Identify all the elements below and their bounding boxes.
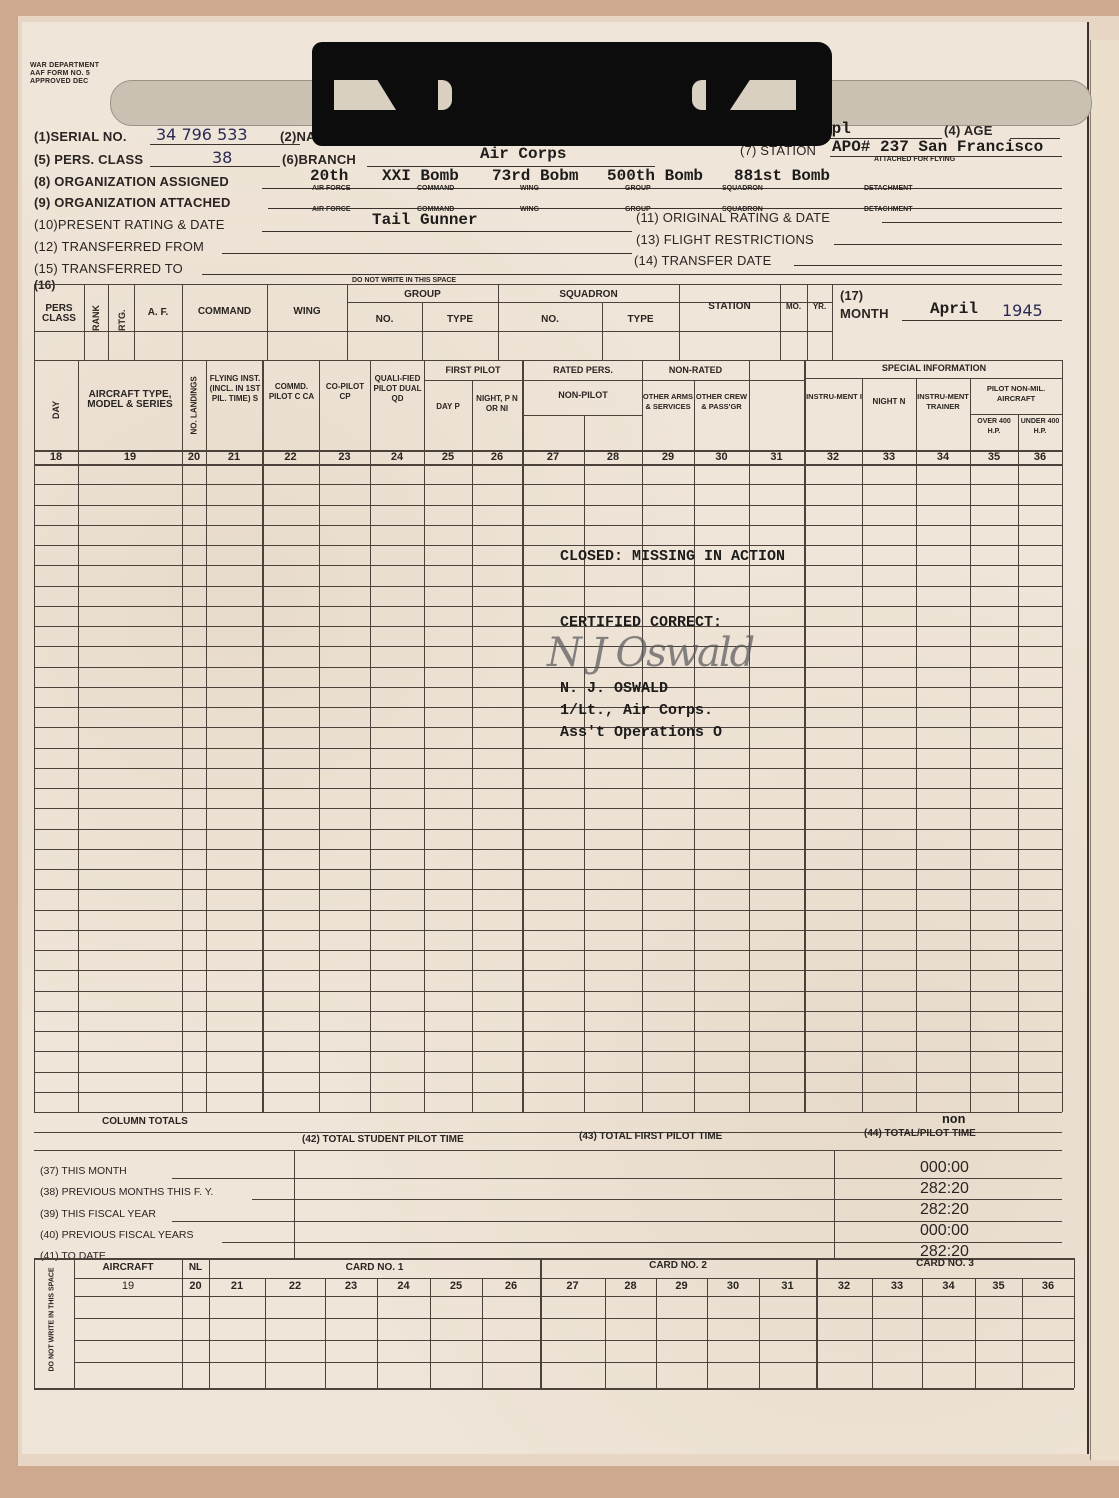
transferred-from-label: (12) TRANSFERRED FROM <box>34 239 204 254</box>
col-rank: RANK <box>91 303 101 331</box>
log-row-rule <box>34 727 1062 728</box>
year-value: 1945 <box>1002 301 1043 320</box>
hdr-commd-pilot: COMMD. PILOT C CA <box>264 382 319 402</box>
col-pers-class: PERS CLASS <box>34 304 84 324</box>
month-value: April <box>930 300 978 318</box>
form-department: WAR DEPARTMENT <box>30 62 99 70</box>
hdr-qualified: QUALI-FIED PILOT DUAL QD <box>371 374 424 404</box>
present-rating-label: (10)PRESENT RATING & DATE <box>34 217 225 232</box>
col-num: 30 <box>694 451 749 463</box>
pers-class-label: (5) PERS. CLASS <box>34 152 143 167</box>
closed-status: CLOSED: MISSING IN ACTION <box>560 548 785 565</box>
card-nl-label: NL <box>182 1263 209 1273</box>
branch-value: Air Corps <box>480 145 566 163</box>
card-col-num: 36 <box>1022 1280 1074 1292</box>
nonpilot-insert: non <box>942 1112 965 1127</box>
log-row-rule <box>34 687 1062 688</box>
hdr-fp-day: DAY P <box>424 402 472 412</box>
card-col-num: 32 <box>816 1280 872 1292</box>
col-num: 20 <box>182 451 206 463</box>
card-col-num: 23 <box>325 1280 377 1292</box>
org-command: XXI Bomb <box>382 167 459 185</box>
certifier-title: Ass't Operations O <box>560 724 722 741</box>
col-group: GROUP <box>347 290 498 300</box>
log-row-rule <box>34 586 1062 587</box>
sub-wing: WING <box>520 185 539 192</box>
this-fiscal-year-label: (39) THIS FISCAL YEAR <box>40 1208 156 1220</box>
log-row-rule <box>34 788 1062 789</box>
col-num: 23 <box>319 451 370 463</box>
present-rating-value: Tail Gunner <box>372 211 478 229</box>
org-attached-label: (9) ORGANIZATION ATTACHED <box>34 195 231 210</box>
card-col-num: 19 <box>74 1280 182 1292</box>
log-row-rule <box>34 707 1062 708</box>
age-label: (4) AGE <box>944 123 993 138</box>
certifier-name: N. J. OSWALD <box>560 680 668 697</box>
log-row-rule <box>34 565 1062 566</box>
form-approved: APPROVED DEC <box>30 78 99 86</box>
month-label: MONTH <box>840 306 889 321</box>
hdr-co-pilot: CO-PILOT CP <box>320 382 370 402</box>
col-group-type: TYPE <box>422 315 498 325</box>
flight-restrictions-label: (13) FLIGHT RESTRICTIONS <box>636 232 814 247</box>
this-fiscal-year-nonpilot: 282:20 <box>920 1201 969 1219</box>
col-num: 26 <box>472 451 522 463</box>
certified-correct: CERTIFIED CORRECT: <box>560 614 722 631</box>
card-col-num: 28 <box>605 1280 656 1292</box>
col-yr: YR. <box>807 302 832 312</box>
log-row-rule <box>34 991 1062 992</box>
log-row-rule <box>34 505 1062 506</box>
col-group-no: NO. <box>347 315 422 325</box>
col-station: STATION <box>679 302 780 312</box>
log-row-rule <box>34 545 1062 546</box>
hdr-other-arms: OTHER ARMS & SERVICES <box>642 392 694 412</box>
back-sheet-edge <box>1090 40 1119 1460</box>
card-col-num: 33 <box>872 1280 922 1292</box>
do-not-write-side-label: DO NOT WRITE IN THIS SPACE <box>49 1272 56 1372</box>
section-17-label: (17) <box>840 288 863 303</box>
form-header: WAR DEPARTMENT AAF FORM NO. 5 APPROVED D… <box>30 62 99 86</box>
col-num: 24 <box>370 451 424 463</box>
do-not-write-note: DO NOT WRITE IN THIS SPACE <box>352 277 456 284</box>
log-row-rule <box>34 910 1062 911</box>
to-date-label: (41) TO DATE <box>40 1250 106 1262</box>
sub2-detachment: DETACHMENT <box>864 206 912 213</box>
hdr-fp-night: NIGHT, P N OR NI <box>472 394 522 414</box>
transfer-date-label: (14) TRANSFER DATE <box>634 253 771 268</box>
col-num: 31 <box>749 451 804 463</box>
hdr-special-info: SPECIAL INFORMATION <box>806 363 1062 373</box>
log-row-rule <box>34 1051 1062 1052</box>
previous-fiscal-years-label: (40) PREVIOUS FISCAL YEARS <box>40 1229 193 1241</box>
aaf-form-5-page: WAR DEPARTMENT AAF FORM NO. 5 APPROVED D… <box>22 22 1089 1454</box>
this-month-label: (37) THIS MONTH <box>40 1165 127 1177</box>
hdr-flying-inst: FLYING INST. (INCL. IN 1ST PIL. TIME) S <box>208 374 262 404</box>
station-value: APO# 237 San Francisco <box>832 138 1043 156</box>
col-num: 19 <box>78 451 182 463</box>
log-row-rule <box>34 484 1062 485</box>
clip-notch-left <box>438 80 452 110</box>
previous-months-label: (38) PREVIOUS MONTHS THIS F. Y. <box>40 1186 213 1198</box>
col-num: 28 <box>584 451 642 463</box>
log-row-rule <box>34 1031 1062 1032</box>
card-col-num: 22 <box>265 1280 325 1292</box>
org-assigned-label: (8) ORGANIZATION ASSIGNED <box>34 174 229 189</box>
log-row-rule <box>34 808 1062 809</box>
col-num: 27 <box>522 451 584 463</box>
col-num: 33 <box>862 451 916 463</box>
previous-fiscal-years-nonpilot: 000:00 <box>920 1222 969 1240</box>
serial-value: 34 796 533 <box>156 125 248 144</box>
card-col-num: 31 <box>759 1280 816 1292</box>
hdr-landings: NO. LANDINGS <box>190 375 199 435</box>
hdr-non-rated: NON-RATED <box>642 365 749 375</box>
log-row-rule <box>34 970 1062 971</box>
hdr-inst-trainer: INSTRU-MENT TRAINER <box>916 392 970 412</box>
sub2-wing: WING <box>520 206 539 213</box>
card-col-num: 21 <box>209 1280 265 1292</box>
section-16-label: (16) <box>34 278 55 292</box>
student-pilot-time-label: (42) TOTAL STUDENT PILOT TIME <box>302 1134 464 1145</box>
clip-notch-right <box>692 80 706 110</box>
card-no-3: CARD NO. 3 <box>816 1259 1074 1269</box>
col-num: 29 <box>642 451 694 463</box>
card-col-num: 26 <box>482 1280 540 1292</box>
hdr-other-crew: OTHER CREW & PASS'GR <box>694 392 749 412</box>
hdr-instrument: INSTRU-MENT I <box>806 392 862 402</box>
col-num: 36 <box>1018 451 1062 463</box>
col-num: 35 <box>970 451 1018 463</box>
log-row-rule <box>34 849 1062 850</box>
form-number: AAF FORM NO. 5 <box>30 70 99 78</box>
clip-slot-left <box>334 80 396 110</box>
sub-command: COMMAND <box>417 185 454 192</box>
log-row-rule <box>34 748 1062 749</box>
attached-for-flying-label: ATTACHED FOR FLYING <box>874 156 955 163</box>
serial-label: (1)SERIAL NO. <box>34 129 127 144</box>
hdr-first-pilot: FIRST PILOT <box>424 365 522 375</box>
this-month-nonpilot: 000:00 <box>920 1159 969 1177</box>
original-rating-label: (11) ORIGINAL RATING & DATE <box>636 210 830 225</box>
card-col-num: 30 <box>707 1280 759 1292</box>
col-num: 25 <box>424 451 472 463</box>
col-mo: MO. <box>780 302 807 312</box>
sub-group: GROUP <box>625 185 651 192</box>
column-totals-label: COLUMN TOTALS <box>102 1116 188 1127</box>
log-row-rule <box>34 950 1062 951</box>
log-row-rule <box>34 889 1062 890</box>
card-col-num: 35 <box>975 1280 1022 1292</box>
name-label: (2)NA <box>280 129 316 144</box>
col-rtg: RTG. <box>117 303 127 331</box>
card-aircraft-label: AIRCRAFT <box>74 1263 182 1273</box>
log-row-rule <box>34 626 1062 627</box>
col-num: 22 <box>262 451 319 463</box>
nonpilot-time-label: (44) TOTAL/PILOT TIME <box>864 1128 976 1139</box>
col-af: A. F. <box>134 308 182 318</box>
certifier-rank: 1/Lt., Air Corps. <box>560 702 713 719</box>
log-row-rule <box>34 869 1062 870</box>
col-command: COMMAND <box>182 307 267 317</box>
log-row-rule <box>34 768 1062 769</box>
sub-air-force: AIR FORCE <box>312 185 351 192</box>
card-no-1: CARD NO. 1 <box>209 1263 540 1273</box>
pers-class-value: 38 <box>212 148 232 167</box>
transferred-to-label: (15) TRANSFERRED TO <box>34 261 183 276</box>
hdr-over-400: OVER 400 H.P. <box>970 417 1018 437</box>
hdr-day: DAY <box>51 391 61 419</box>
hdr-under-400: UNDER 400 H.P. <box>1018 417 1062 437</box>
col-squadron-type: TYPE <box>602 315 679 325</box>
sub-squadron: SQUADRON <box>722 185 763 192</box>
hdr-aircraft: AIRCRAFT TYPE, MODEL & SERIES <box>78 390 182 410</box>
branch-label: (6)BRANCH <box>282 152 356 167</box>
org-group: 500th Bomb <box>607 167 703 185</box>
hdr-non-pilot: NON-PILOT <box>524 390 642 400</box>
card-col-num: 34 <box>922 1280 975 1292</box>
org-squadron: 881st Bomb <box>734 167 830 185</box>
previous-months-nonpilot: 282:20 <box>920 1180 969 1198</box>
log-row-rule <box>34 525 1062 526</box>
card-col-num: 24 <box>377 1280 430 1292</box>
log-row-rule <box>34 606 1062 607</box>
col-num: 32 <box>804 451 862 463</box>
col-num: 34 <box>916 451 970 463</box>
log-row-rule <box>34 1011 1062 1012</box>
log-row-rule <box>34 930 1062 931</box>
card-no-2: CARD NO. 2 <box>540 1261 816 1271</box>
col-squadron: SQUADRON <box>498 290 679 300</box>
sub-detachment: DETACHMENT <box>864 185 912 192</box>
card-col-num: 25 <box>430 1280 482 1292</box>
clip-slot-right <box>730 80 796 110</box>
hdr-rated-pers: RATED PERS. <box>524 365 642 375</box>
card-col-num: 27 <box>540 1280 605 1292</box>
col-num: 18 <box>34 451 78 463</box>
log-row-rule <box>34 1092 1062 1093</box>
col-squadron-no: NO. <box>498 315 602 325</box>
binder-clip <box>312 42 832 146</box>
log-row-rule <box>34 1112 1062 1113</box>
hdr-night: NIGHT N <box>862 397 916 407</box>
col-wing: WING <box>267 307 347 317</box>
card-col-num: 20 <box>182 1280 209 1292</box>
signature: N J Oswald <box>547 630 753 676</box>
hdr-pilot-nonmil: PILOT NON-MIL. AIRCRAFT <box>970 384 1062 404</box>
log-row-rule <box>34 1072 1062 1073</box>
org-wing: 73rd Bobm <box>492 167 578 185</box>
log-row-rule <box>34 829 1062 830</box>
card-col-num: 29 <box>656 1280 707 1292</box>
sub2-air-force: AIR FORCE <box>312 206 351 213</box>
org-air-force: 20th <box>310 167 348 185</box>
first-pilot-time-label: (43) TOTAL FIRST PILOT TIME <box>579 1131 722 1142</box>
col-num: 21 <box>206 451 262 463</box>
